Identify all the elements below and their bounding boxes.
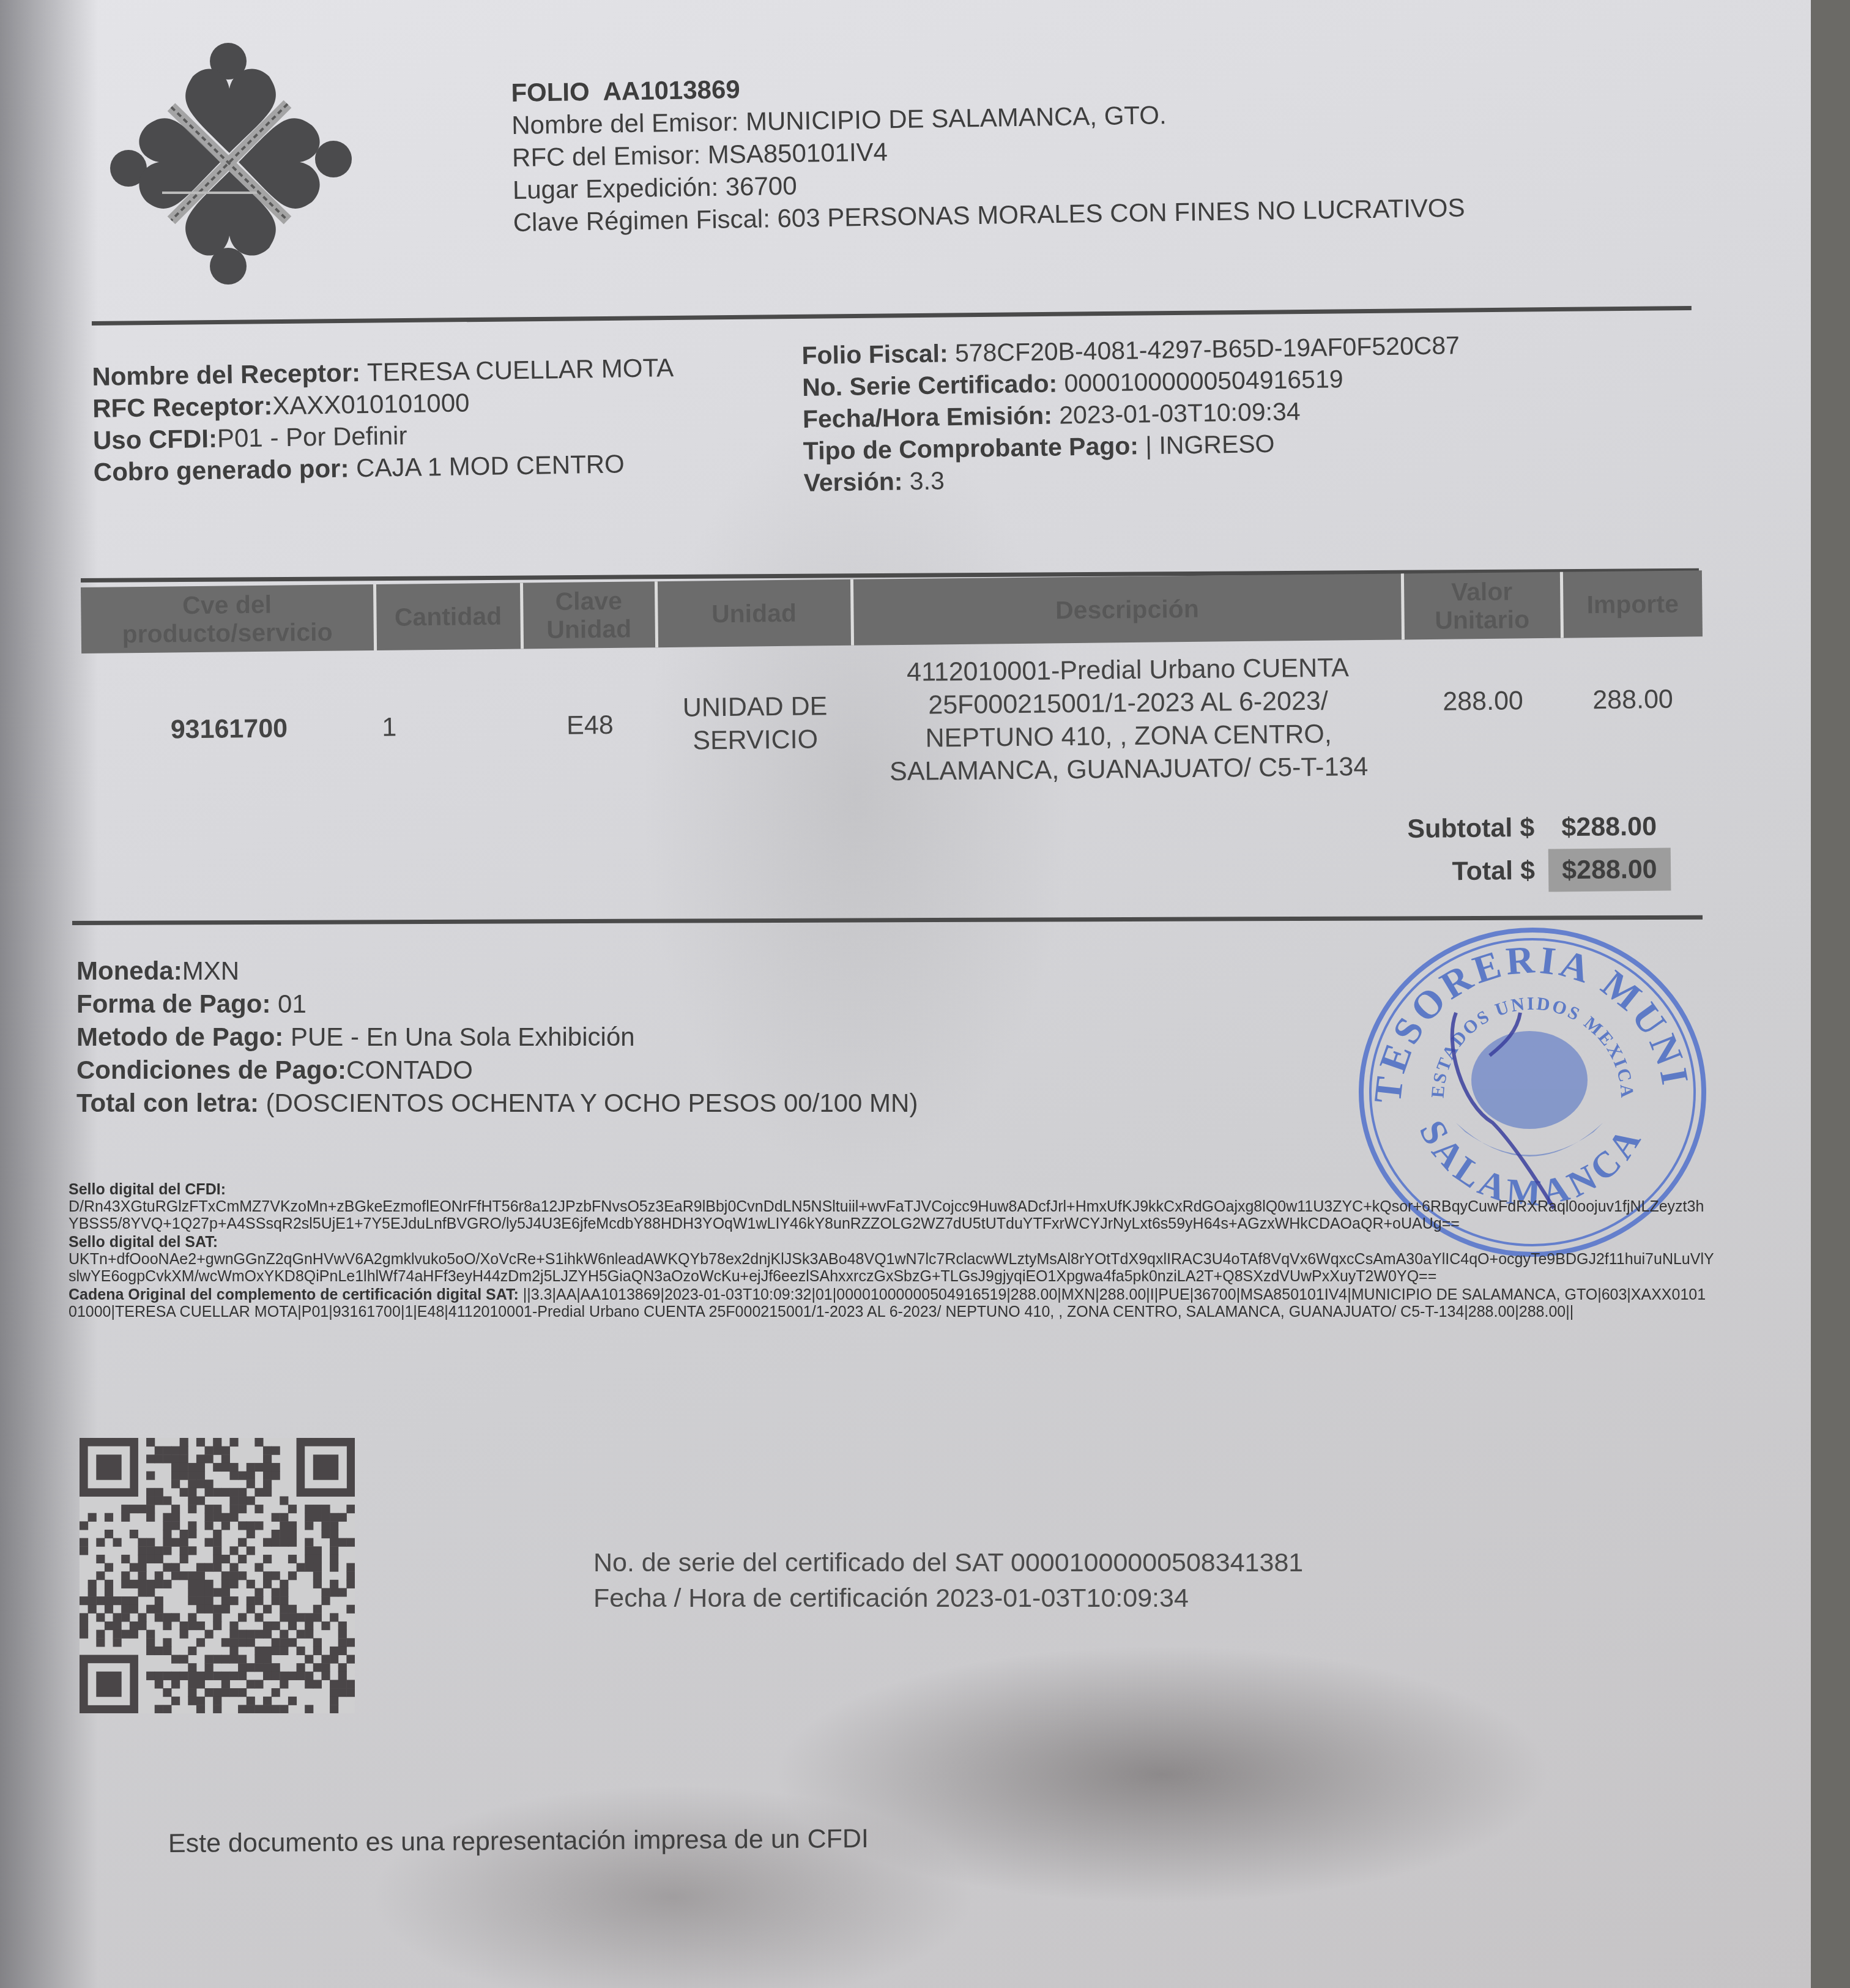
certification-block: No. de serie del certificado del SAT 000… (593, 1545, 1303, 1616)
cell-unidad: UNIDAD DE SERVICIO (656, 646, 854, 802)
divider (92, 306, 1692, 326)
items-table: Cve del producto/servicio Cantidad Clave… (81, 570, 1704, 808)
emisor-rfc-value: MSA850101IV4 (707, 137, 888, 169)
subtotal-label: Subtotal $ (1407, 806, 1535, 851)
condiciones-pago-label: Condiciones de Pago: (76, 1055, 346, 1084)
emisor-nombre-value: MUNICIPIO DE SALAMANCA, GTO. (746, 100, 1167, 136)
cell-descripcion: 4112010001-Predial Urbano CUENTA 25F0002… (852, 639, 1405, 799)
folio-value: AA1013869 (603, 75, 740, 106)
cobro-label: Cobro generado por: (93, 453, 349, 486)
sello-sat-label: Sello digital del SAT: (69, 1234, 1720, 1251)
folio-fiscal-label: Folio Fiscal: (801, 339, 948, 370)
receptor-rfc-value: XAXX010101000 (272, 388, 470, 420)
fecha-certificacion-label: Fecha / Hora de certificación (593, 1584, 928, 1613)
regimen-label: Clave Régimen Fiscal: (513, 204, 770, 237)
receptor-block: Nombre del Receptor: TERESA CUELLAR MOTA… (92, 352, 675, 488)
invoice-paper: FOLIO AA1013869 Nombre del Emisor: MUNIC… (0, 0, 1811, 1988)
forma-pago-line: Forma de Pago: 01 (76, 988, 918, 1021)
sello-sat-value: UKTn+dfOooNAe2+gwnGGnZ2qGnHVwV6A2gmklvuk… (69, 1251, 1714, 1285)
serie-certificado-value: 00001000000504916519 (1064, 365, 1343, 397)
emisor-rfc-label: RFC del Emisor: (512, 140, 701, 172)
payment-block: Moneda:MXN Forma de Pago: 01 Metodo de P… (76, 955, 918, 1120)
cell-clave: 93161700 (81, 650, 377, 808)
folio-label: FOLIO (511, 77, 590, 107)
sat-serie-value: 00001000000508341381 (1011, 1548, 1303, 1577)
cell-clave-unidad: E48 (522, 647, 658, 803)
cadena-original-label: Cadena Original del complemento de certi… (69, 1286, 519, 1303)
folio-fiscal-value: 578CF20B-4081-4297-B65D-19AF0F520C87 (955, 331, 1460, 367)
total-value: $288.00 (1548, 847, 1671, 892)
subtotal-row: Subtotal $ $288.00 (1407, 805, 1671, 850)
uso-cfdi-value: P01 - Por Definir (217, 421, 407, 453)
version-value: 3.3 (909, 466, 945, 495)
fecha-certificacion-value: 2023-01-03T10:09:34 (935, 1584, 1189, 1613)
fecha-emision-value: 2023-01-03T10:09:34 (1059, 397, 1301, 429)
sello-cfdi-value: D/Rn43XGtuRGlzFTxCmMZ7VKzoMn+zBGkeEzmofl… (69, 1198, 1708, 1232)
metodo-pago-value: PUE - En Una Sola Exhibición (291, 1022, 635, 1051)
metodo-pago-line: Metodo de Pago: PUE - En Una Sola Exhibi… (76, 1021, 918, 1054)
receptor-nombre-value: TERESA CUELLAR MOTA (367, 353, 674, 387)
condiciones-pago-value: CONTADO (346, 1055, 473, 1084)
metodo-pago-label: Metodo de Pago: (76, 1022, 283, 1051)
col-header-cantidad: Cantidad (374, 583, 522, 650)
moneda-value: MXN (182, 956, 239, 985)
footer-note: Este documento es una representación imp… (168, 1824, 869, 1859)
total-letra-value: (DOSCIENTOS OCHENTA Y OCHO PESOS 00/100 … (266, 1089, 918, 1117)
condiciones-pago-line: Condiciones de Pago:CONTADO (76, 1054, 918, 1087)
total-letra-label: Total con letra: (76, 1089, 259, 1117)
receptor-rfc-label: RFC Receptor: (92, 391, 273, 423)
subtotal-value: $288.00 (1548, 805, 1671, 849)
lugar-value: 36700 (725, 171, 797, 201)
total-label: Total $ (1452, 849, 1535, 893)
uso-cfdi-label: Uso CFDI: (93, 424, 218, 455)
col-header-valor-unitario: Valor Unitario (1402, 572, 1562, 640)
total-letra-line: Total con letra: (DOSCIENTOS OCHENTA Y O… (76, 1087, 918, 1120)
receptor-nombre-label: Nombre del Receptor: (92, 358, 360, 391)
col-header-clave: Cve del producto/servicio (81, 584, 375, 653)
cell-importe: 288.00 (1562, 636, 1704, 792)
fecha-emision-label: Fecha/Hora Emisión: (803, 401, 1053, 433)
col-header-clave-unidad: Clave Unidad (521, 581, 656, 649)
cell-cantidad: 1 (375, 649, 524, 804)
serie-certificado-label: No. Serie Certificado: (802, 369, 1058, 401)
qr-code-icon[interactable] (80, 1438, 355, 1713)
table-row: 93161700 1 E48 UNIDAD DE SERVICIO 411201… (81, 636, 1704, 808)
emisor-nombre-label: Nombre del Emisor: (511, 107, 739, 140)
digital-seals-block: Sello digital del CFDI: D/Rn43XGtuRGlzFT… (69, 1181, 1720, 1320)
cell-valor-unitario: 288.00 (1403, 638, 1564, 794)
moneda-line: Moneda:MXN (76, 955, 918, 988)
municipal-logo-icon (101, 37, 358, 288)
col-header-unidad: Unidad (656, 579, 852, 647)
forma-pago-label: Forma de Pago: (76, 989, 270, 1018)
col-header-descripcion: Descripción (852, 573, 1403, 645)
total-row: Total $ $288.00 (1408, 847, 1671, 893)
col-header-importe: Importe (1561, 570, 1703, 638)
emisor-block: FOLIO AA1013869 Nombre del Emisor: MUNIC… (511, 62, 1465, 239)
totals-block: Subtotal $ $288.00 Total $ $288.00 (1407, 805, 1671, 893)
fecha-certificacion-line: Fecha / Hora de certificación 2023-01-03… (593, 1580, 1303, 1616)
forma-pago-value: 01 (278, 989, 306, 1018)
tipo-comprobante-value: | INGRESO (1145, 430, 1275, 460)
items-table-wrap: Cve del producto/servicio Cantidad Clave… (81, 570, 1704, 808)
sat-serie-label: No. de serie del certificado del SAT (593, 1548, 1003, 1577)
cobro-value: CAJA 1 MOD CENTRO (356, 449, 625, 482)
sello-cfdi-label: Sello digital del CFDI: (69, 1181, 1720, 1198)
tipo-comprobante-label: Tipo de Comprobante Pago: (803, 431, 1139, 465)
version-label: Versión: (803, 467, 902, 497)
cadena-original-line: Cadena Original del complemento de certi… (69, 1286, 1708, 1320)
moneda-label: Moneda: (76, 956, 182, 985)
fiscal-block: Folio Fiscal: 578CF20B-4081-4297-B65D-19… (801, 329, 1462, 499)
sat-serie-line: No. de serie del certificado del SAT 000… (593, 1545, 1303, 1580)
lugar-label: Lugar Expedición: (513, 173, 719, 204)
